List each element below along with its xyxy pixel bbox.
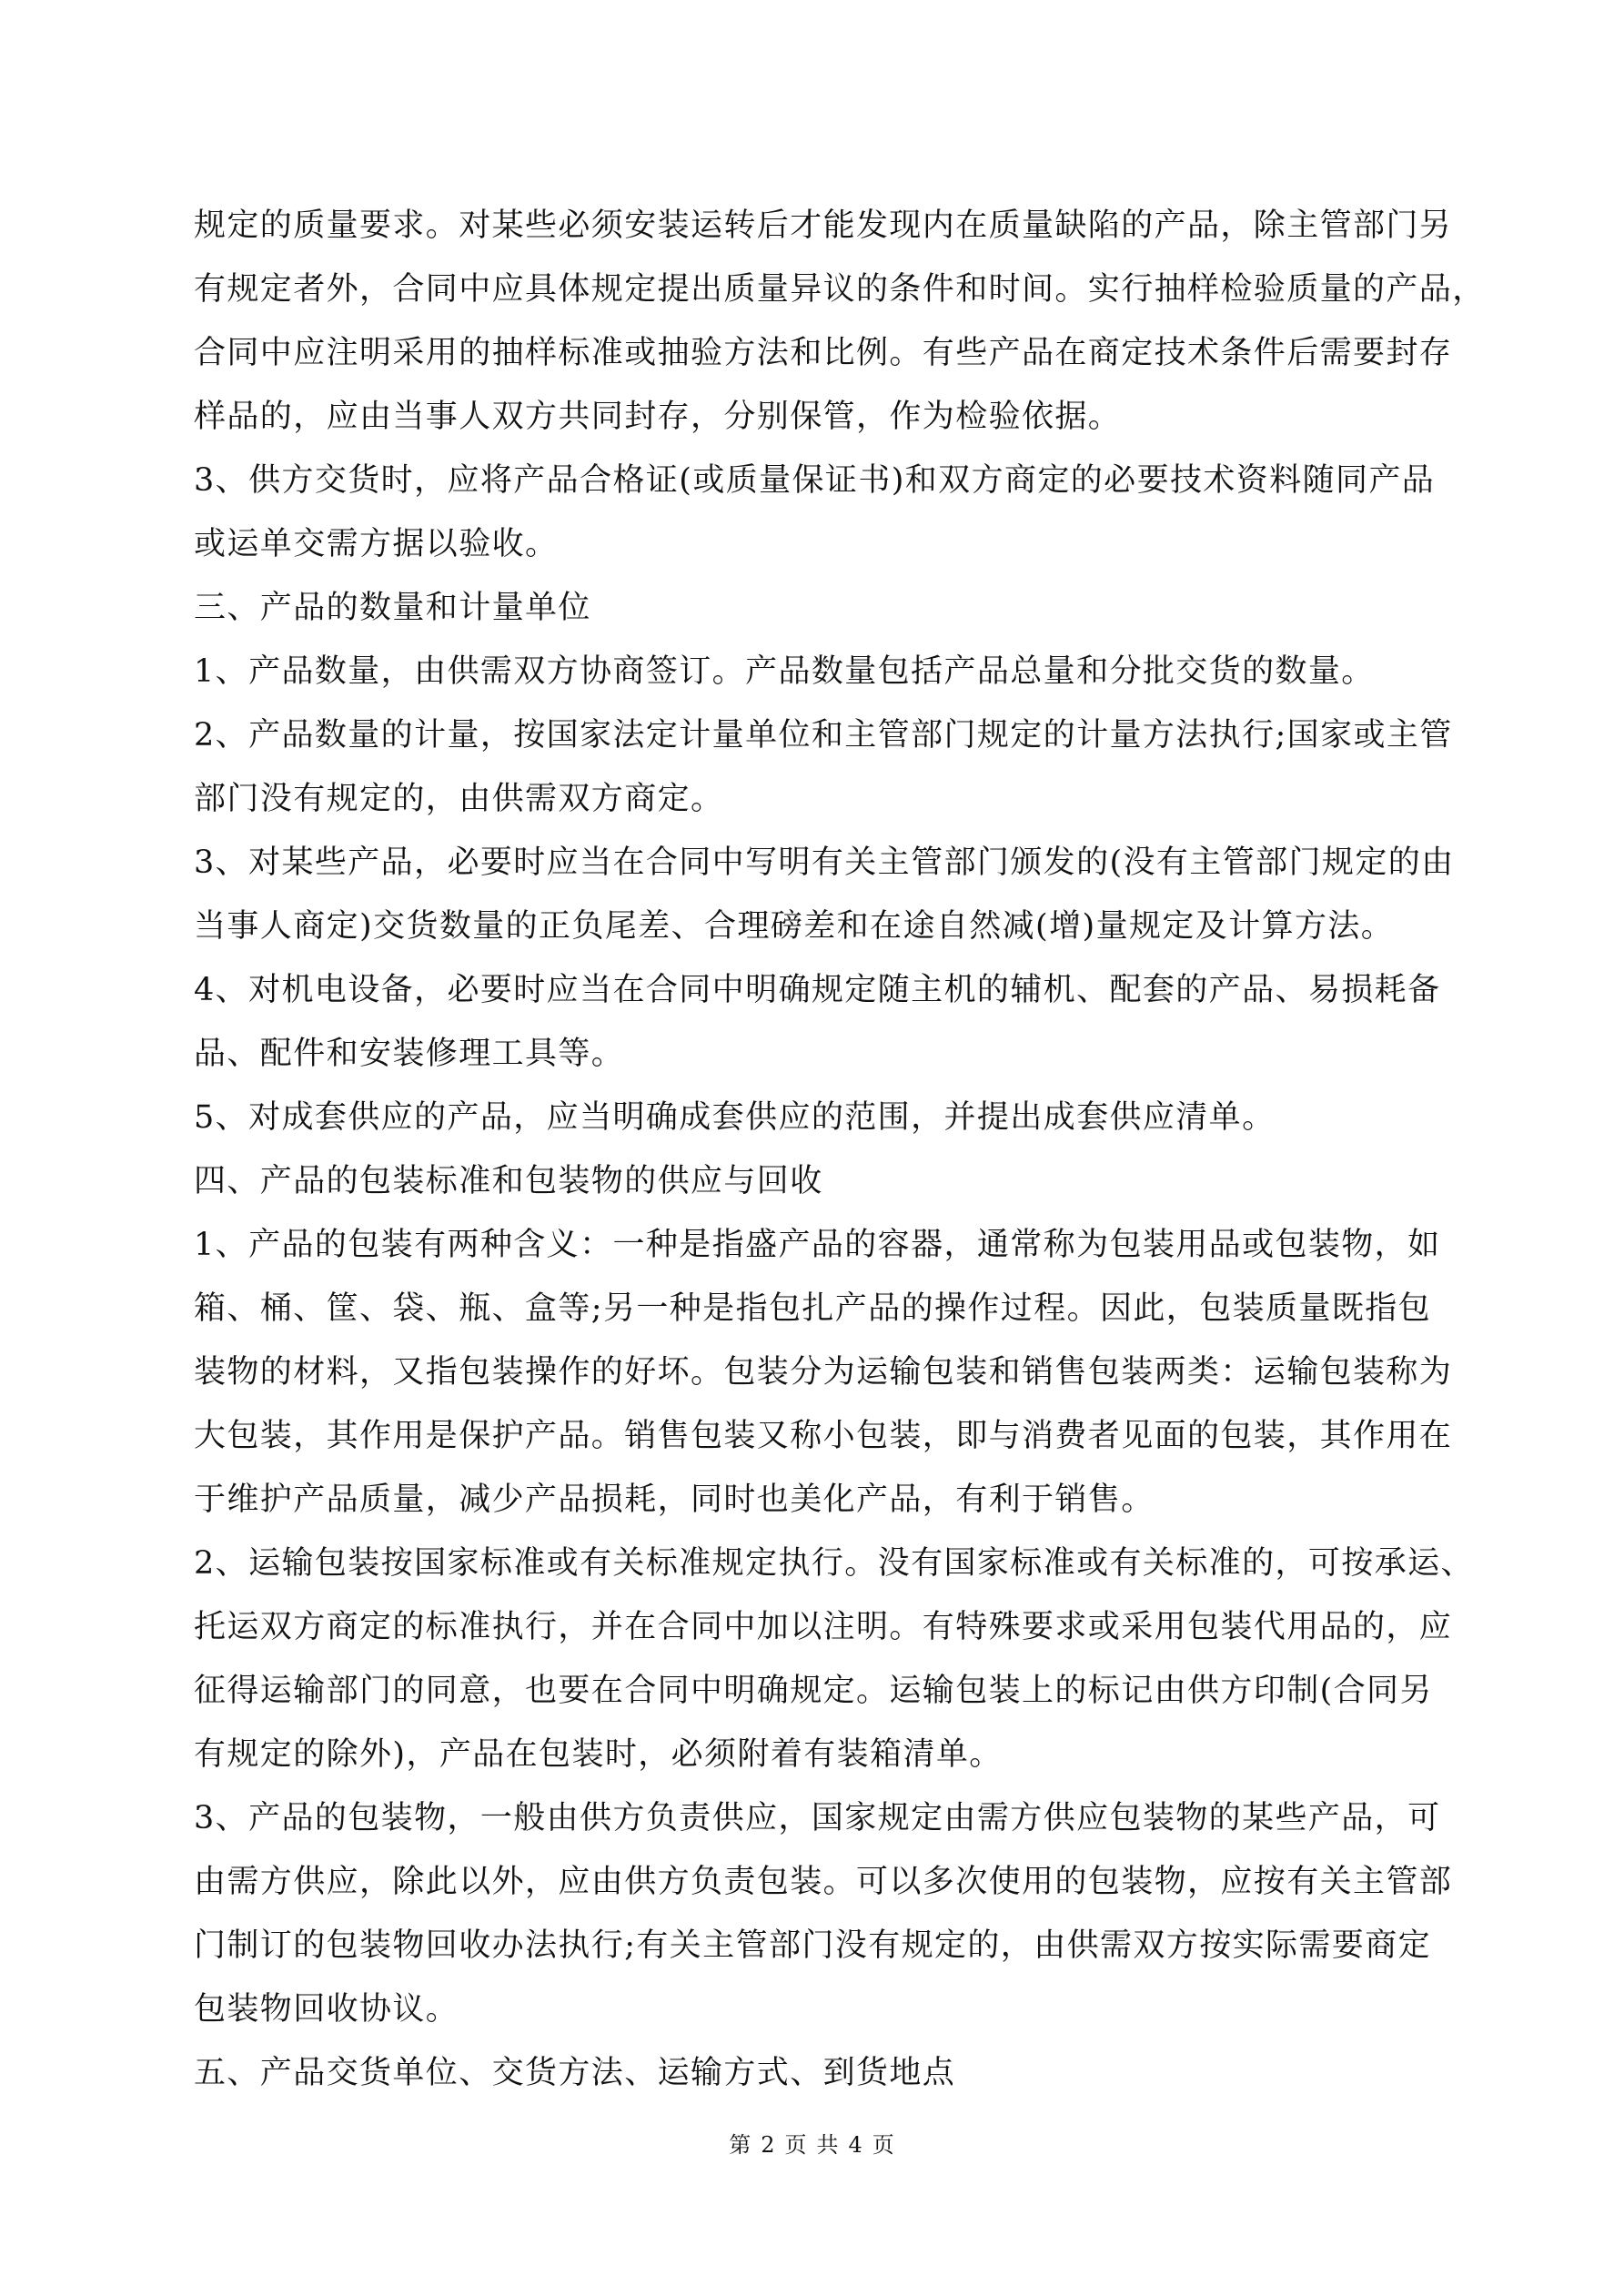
body-line: 2、运输包装按国家标准或有关标准规定执行。没有国家标准或有关标准的，可按承运、: [194, 1540, 1431, 1603]
body-line: 装物的材料，又指包装操作的好坏。包装分为运输包装和销售包装两类：运输包装称为: [194, 1349, 1431, 1412]
body-line: 4、对机电设备，必要时应当在合同中明确规定随主机的辅机、配套的产品、易损耗备: [194, 966, 1431, 1030]
body-line: 于维护产品质量，减少产品损耗，同时也美化产品，有利于销售。: [194, 1476, 1431, 1540]
body-line: 3、产品的包装物，一般由供方负责供应，国家规定由需方供应包装物的某些产品，可: [194, 1795, 1431, 1858]
document-body: 规定的质量要求。对某些必须安装运转后才能发现内在质量缺陷的产品，除主管部门另 有…: [194, 202, 1431, 2113]
total-pages-number: 4: [849, 2129, 863, 2160]
section-heading: 五、产品交货单位、交货方法、运输方式、到货地点: [194, 2049, 1431, 2113]
body-line: 合同中应注明采用的抽样标准或抽验方法和比例。有些产品在商定技术条件后需要封存: [194, 329, 1431, 393]
body-line: 1、产品的包装有两种含义：一种是指盛产品的容器，通常称为包装用品或包装物，如: [194, 1221, 1431, 1285]
body-line: 由需方供应，除此以外，应由供方负责包装。可以多次使用的包装物，应按有关主管部: [194, 1858, 1431, 1922]
body-line: 当事人商定)交货数量的正负尾差、合理磅差和在途自然减(增)量规定及计算方法。: [194, 903, 1431, 966]
body-line: 大包装，其作用是保护产品。销售包装又称小包装，即与消费者见面的包装，其作用在: [194, 1412, 1431, 1476]
page-footer: 第2页共4页: [0, 2129, 1624, 2160]
body-line: 有规定者外，合同中应具体规定提出质量异议的条件和时间。实行抽样检验质量的产品，: [194, 266, 1431, 329]
body-line: 包装物回收协议。: [194, 1986, 1431, 2049]
body-line: 托运双方商定的标准执行，并在合同中加以注明。有特殊要求或采用包装代用品的，应: [194, 1603, 1431, 1667]
body-line: 3、对某些产品，必要时应当在合同中写明有关主管部门颁发的(没有主管部门规定的由: [194, 839, 1431, 903]
body-line: 有规定的除外)，产品在包装时，必须附着有装箱清单。: [194, 1731, 1431, 1795]
section-heading: 三、产品的数量和计量单位: [194, 584, 1431, 648]
body-line: 规定的质量要求。对某些必须安装运转后才能发现内在质量缺陷的产品，除主管部门另: [194, 202, 1431, 266]
page-suffix: 页: [873, 2129, 895, 2160]
body-line: 样品的，应由当事人双方共同封存，分别保管，作为检验依据。: [194, 393, 1431, 457]
body-line: 5、对成套供应的产品，应当明确成套供应的范围，并提出成套供应清单。: [194, 1094, 1431, 1158]
body-line: 3、供方交货时，应将产品合格证(或质量保证书)和双方商定的必要技术资料随同产品: [194, 457, 1431, 521]
body-line: 征得运输部门的同意，也要在合同中明确规定。运输包装上的标记由供方印制(合同另: [194, 1667, 1431, 1731]
page-prefix: 第: [729, 2129, 751, 2160]
body-line: 2、产品数量的计量，按国家法定计量单位和主管部门规定的计量方法执行;国家或主管: [194, 712, 1431, 775]
body-line: 或运单交需方据以验收。: [194, 521, 1431, 584]
body-line: 门制订的包装物回收办法执行;有关主管部门没有规定的，由供需双方按实际需要商定: [194, 1922, 1431, 1986]
body-line: 品、配件和安装修理工具等。: [194, 1030, 1431, 1094]
body-line: 部门没有规定的，由供需双方商定。: [194, 775, 1431, 839]
section-heading: 四、产品的包装标准和包装物的供应与回收: [194, 1158, 1431, 1221]
document-page: 规定的质量要求。对某些必须安装运转后才能发现内在质量缺陷的产品，除主管部门另 有…: [0, 0, 1624, 2296]
body-line: 1、产品数量，由供需双方协商签订。产品数量包括产品总量和分批交货的数量。: [194, 648, 1431, 712]
current-page-number: 2: [761, 2129, 775, 2160]
body-line: 箱、桶、筐、袋、瓶、盒等;另一种是指包扎产品的操作过程。因此，包装质量既指包: [194, 1285, 1431, 1349]
page-word: 页: [785, 2129, 808, 2160]
total-prefix: 共: [817, 2129, 840, 2160]
